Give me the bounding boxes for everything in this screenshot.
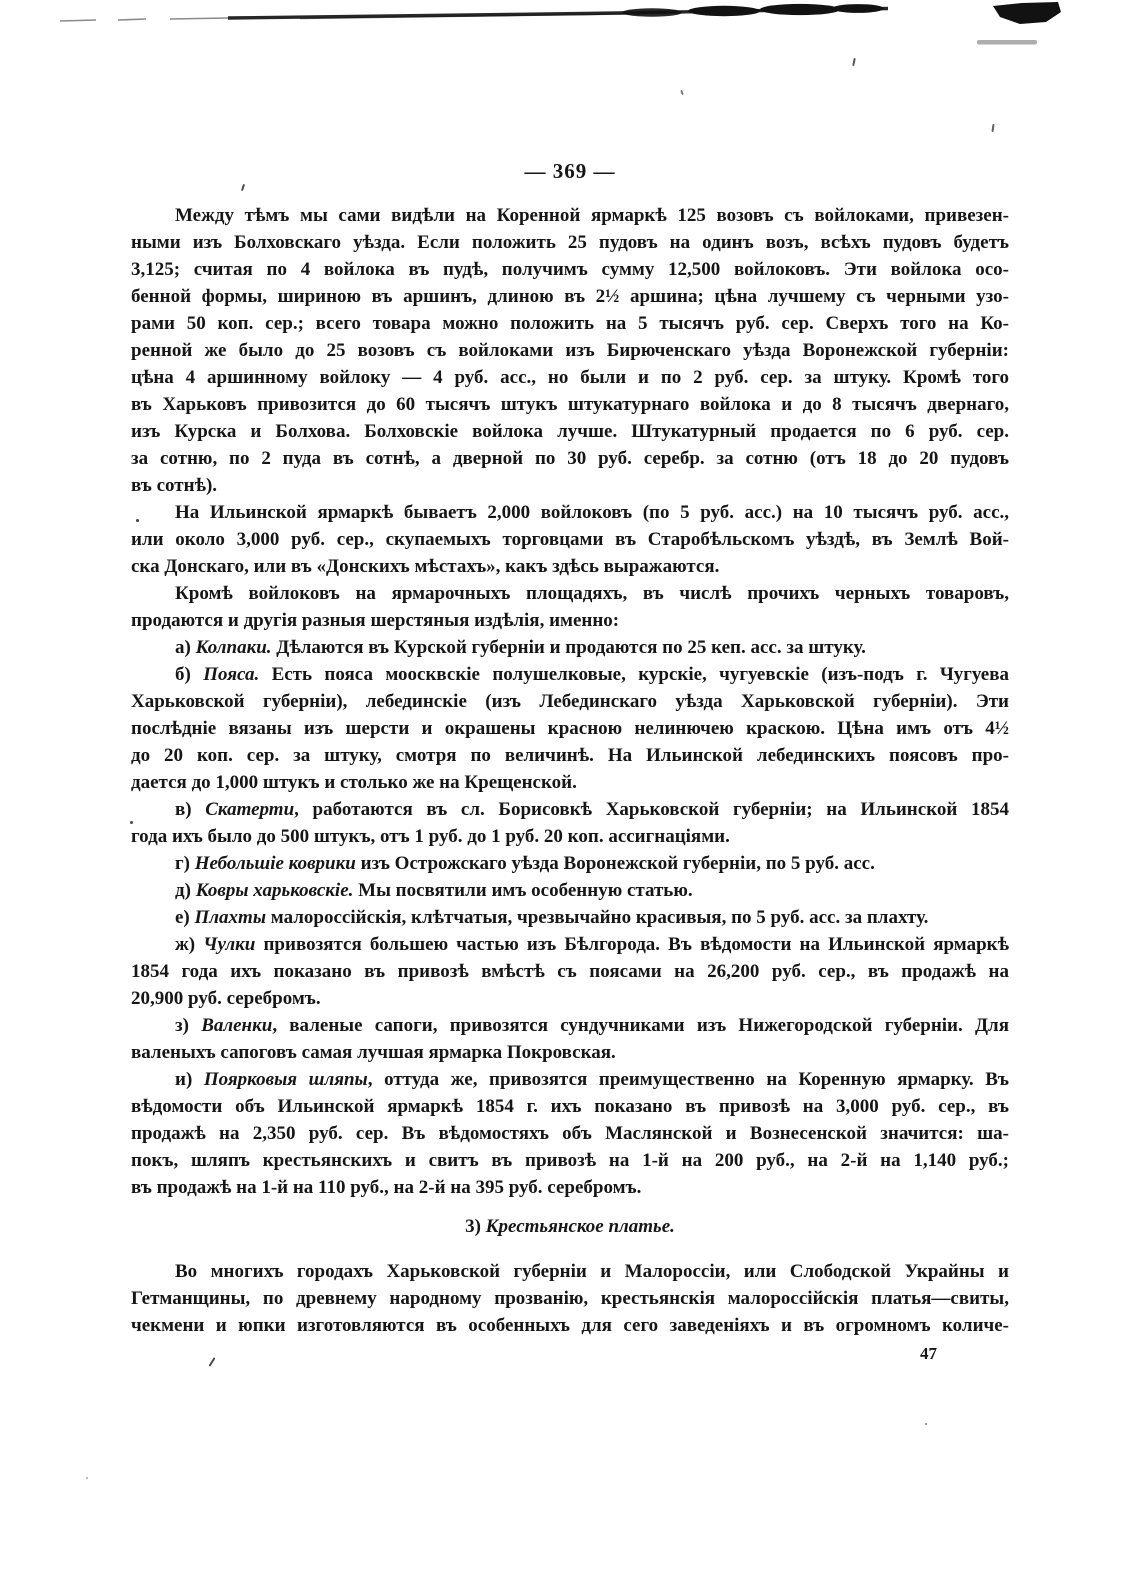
text-line: послѣдніе вязаны изъ шерсти и окрашены к… xyxy=(131,715,1009,742)
scan-speck xyxy=(680,90,684,95)
text-segment: Между тѣмъ мы сами видѣли на Коренной яр… xyxy=(175,205,1009,226)
text-segment: б) xyxy=(175,664,203,685)
text-segment: 1854 года ихъ показано въ привозѣ вмѣстѣ… xyxy=(131,961,1009,982)
text-line: ренной же было до 25 возовъ съ войлоками… xyxy=(131,337,1009,364)
paragraph: д) Ковры харьковскіе. Мы посвятили имъ о… xyxy=(131,877,1009,904)
text-line: до 20 коп. сер. за штуку, смотря по вели… xyxy=(131,742,1009,769)
text-line: 1854 года ихъ показано въ привозѣ вмѣстѣ… xyxy=(131,958,1009,985)
text-segment: послѣдніе вязаны изъ шерсти и окрашены к… xyxy=(131,718,1009,739)
text-line: Между тѣмъ мы сами видѣли на Коренной яр… xyxy=(131,202,1009,229)
text-line: е) Плахты малороссійскія, клѣтчатыя, чре… xyxy=(131,904,1009,931)
text-segment: Валенки xyxy=(201,1015,272,1036)
text-segment: Кромѣ войлоковъ на ярмарочныхъ площадяхъ… xyxy=(175,583,1009,604)
paragraph: г) Небольшіе коврики изъ Острожскаго уѣз… xyxy=(131,850,1009,877)
text-line: Во многихъ городахъ Харьковской губерніи… xyxy=(131,1258,1009,1285)
text-segment: Скатерти xyxy=(205,799,294,820)
text-line: ска Донскаго, или въ «Донскихъ мѣстахъ»,… xyxy=(131,553,1009,580)
text-line: продаются и другія разныя шерстяныя издѣ… xyxy=(131,607,1009,634)
text-line: въ продажѣ на 1-й на 110 руб., на 2-й на… xyxy=(131,1174,1009,1201)
text-line: въ Харьковъ привозится до 60 тысячъ штук… xyxy=(131,391,1009,418)
paragraph: и) Поярковыя шляпы, оттуда же, привозятс… xyxy=(131,1066,1009,1201)
text-segment: , оттуда же, привозятся преимущественно … xyxy=(368,1069,1009,1090)
text-line: вѣдомости объ Ильинской ярмаркѣ 1854 г. … xyxy=(131,1093,1009,1120)
text-line: дается до 1,000 штукъ и столько же на Кр… xyxy=(131,769,1009,796)
text-segment: Пояса. xyxy=(203,664,259,685)
scan-speck xyxy=(130,821,133,824)
text-segment: Колпаки. xyxy=(196,637,272,658)
text-segment: малороссійскія, клѣтчатыя, чрезвычайно к… xyxy=(266,907,928,928)
text-segment: Поярковыя шляпы xyxy=(204,1069,368,1090)
text-segment: Гетманщины, по древнему народному прозва… xyxy=(131,1288,1009,1309)
text-line: покъ, шляпъ крестьянскихъ и свитъ въ при… xyxy=(131,1147,1009,1174)
paragraph: Кромѣ войлоковъ на ярмарочныхъ площадяхъ… xyxy=(131,580,1009,634)
text-segment: 20,900 руб. серебромъ. xyxy=(131,988,321,1009)
text-segment: д) xyxy=(175,880,196,901)
text-segment: Плахты xyxy=(195,907,267,928)
scan-artifact-top-edge xyxy=(0,0,1140,64)
text-segment: в) xyxy=(175,799,205,820)
text-segment: валеныхъ сапоговъ самая лучшая ярмарка П… xyxy=(131,1042,616,1063)
page-number: — 369 — xyxy=(131,158,1009,185)
text-line: д) Ковры харьковскіе. Мы посвятили имъ о… xyxy=(131,877,1009,904)
text-line: въ сотнѣ). xyxy=(131,472,1009,499)
text-segment: въ сотнѣ). xyxy=(131,475,217,496)
text-segment: Крестьянское платье. xyxy=(486,1216,675,1237)
paragraph: е) Плахты малороссійскія, клѣтчатыя, чре… xyxy=(131,904,1009,931)
text-line: чекмени и юпки изготовляются въ особенны… xyxy=(131,1312,1009,1339)
text-segment: 3) xyxy=(465,1216,486,1237)
scan-speck xyxy=(86,1477,88,1479)
text-line: в) Скатерти, работаются въ сл. Борисовкѣ… xyxy=(131,796,1009,823)
text-line: з) Валенки, валеные сапоги, привозятся с… xyxy=(131,1012,1009,1039)
text-line: г) Небольшіе коврики изъ Острожскаго уѣз… xyxy=(131,850,1009,877)
text-segment: рами 50 коп. сер.; всего товара можно по… xyxy=(131,313,1009,334)
text-segment: чекмени и юпки изготовляются въ особенны… xyxy=(131,1315,1009,1336)
text-segment: привозятся большею частью изъ Бѣлгорода.… xyxy=(255,934,1009,955)
text-block: Между тѣмъ мы сами видѣли на Коренной яр… xyxy=(131,202,1009,1339)
text-segment: ска Донскаго, или въ «Донскихъ мѣстахъ»,… xyxy=(131,556,719,577)
scan-speck xyxy=(925,1423,927,1425)
text-segment: года ихъ было до 500 штукъ, отъ 1 руб. д… xyxy=(131,826,730,847)
paragraph: Во многихъ городахъ Харьковской губерніи… xyxy=(131,1258,1009,1339)
text-segment: ренной же было до 25 возовъ съ войлоками… xyxy=(131,340,1009,361)
text-line: ными изъ Болховскаго уѣзда. Если положит… xyxy=(131,229,1009,256)
text-line: Харьковской губерніи), лебединскіе (изъ … xyxy=(131,688,1009,715)
text-segment: или около 3,000 руб. сер., скупаемыхъ то… xyxy=(131,529,1009,550)
text-segment: Небольшіе коврики xyxy=(195,853,356,874)
paragraph: з) Валенки, валеные сапоги, привозятся с… xyxy=(131,1012,1009,1066)
scanned-book-page: — 369 — Между тѣмъ мы сами видѣли на Кор… xyxy=(0,0,1140,1589)
text-segment: изъ Острожскаго уѣзда Воронежской губерн… xyxy=(356,853,875,874)
text-line: Кромѣ войлоковъ на ярмарочныхъ площадяхъ… xyxy=(131,580,1009,607)
text-line: валеныхъ сапоговъ самая лучшая ярмарка П… xyxy=(131,1039,1009,1066)
text-segment: до 20 коп. сер. за штуку, смотря по вели… xyxy=(131,745,1009,766)
text-segment: ж) xyxy=(175,934,203,955)
text-line: б) Пояса. Есть пояса моосквскіе полушелк… xyxy=(131,661,1009,688)
text-line: изъ Курска и Болхова. Болховскіе войлока… xyxy=(131,418,1009,445)
text-segment: бенной формы, шириною въ аршинъ, длиною … xyxy=(131,286,1009,307)
text-line: цѣна 4 аршинному войлоку — 4 руб. асс., … xyxy=(131,364,1009,391)
text-segment: е) xyxy=(175,907,195,928)
text-segment: На Ильинской ярмаркѣ бываетъ 2,000 войло… xyxy=(175,502,1009,523)
text-line: за сотню, по 2 пуда въ сотнѣ, а дверной … xyxy=(131,445,1009,472)
text-line: На Ильинской ярмаркѣ бываетъ 2,000 войло… xyxy=(131,499,1009,526)
text-segment: Во многихъ городахъ Харьковской губерніи… xyxy=(175,1261,1009,1282)
text-line: Гетманщины, по древнему народному прозва… xyxy=(131,1285,1009,1312)
scan-speck xyxy=(136,519,139,522)
scan-speck xyxy=(991,124,994,132)
text-segment: вѣдомости объ Ильинской ярмаркѣ 1854 г. … xyxy=(131,1096,1009,1117)
text-segment: Мы посвятили имъ особенную статью. xyxy=(353,880,692,901)
paragraph: Между тѣмъ мы сами видѣли на Коренной яр… xyxy=(131,202,1009,499)
text-line: продажѣ на 2,350 руб. сер. Въ вѣдомостях… xyxy=(131,1120,1009,1147)
text-segment: покъ, шляпъ крестьянскихъ и свитъ въ при… xyxy=(131,1150,1009,1171)
text-segment: за сотню, по 2 пуда въ сотнѣ, а дверной … xyxy=(131,448,1009,469)
text-segment: ными изъ Болховскаго уѣзда. Если положит… xyxy=(131,232,1009,253)
text-segment: Чулки xyxy=(203,934,255,955)
section-heading: 3) Крестьянское платье. xyxy=(131,1213,1009,1240)
text-segment: , валеные сапоги, привозятся сундучникам… xyxy=(272,1015,1009,1036)
text-segment: Есть пояса моосквскіе полушелковые, курс… xyxy=(259,664,1009,685)
text-segment: въ продажѣ на 1-й на 110 руб., на 2-й на… xyxy=(131,1177,641,1198)
text-line: и) Поярковыя шляпы, оттуда же, привозятс… xyxy=(131,1066,1009,1093)
text-segment: дается до 1,000 штукъ и столько же на Кр… xyxy=(131,772,577,793)
text-segment: г) xyxy=(175,853,195,874)
paragraph: б) Пояса. Есть пояса моосквскіе полушелк… xyxy=(131,661,1009,796)
text-segment: Харьковской губерніи), лебединскіе (изъ … xyxy=(131,691,1009,712)
text-line: года ихъ было до 500 штукъ, отъ 1 руб. д… xyxy=(131,823,1009,850)
signature-number: 47 xyxy=(131,1344,1009,1364)
text-segment: и) xyxy=(175,1069,204,1090)
text-segment: продаются и другія разныя шерстяныя издѣ… xyxy=(131,610,619,631)
text-line: или около 3,000 руб. сер., скупаемыхъ то… xyxy=(131,526,1009,553)
paragraph: ж) Чулки привозятся большею частью изъ Б… xyxy=(131,931,1009,1012)
scan-speck xyxy=(241,184,245,191)
text-segment: 3,125; считая по 4 войлока въ пудѣ, полу… xyxy=(131,259,1009,280)
text-line: бенной формы, шириною въ аршинъ, длиною … xyxy=(131,283,1009,310)
text-segment: , работаются въ сл. Борисовкѣ Харьковско… xyxy=(294,799,1009,820)
text-segment: а) xyxy=(175,637,196,658)
text-line: ж) Чулки привозятся большею частью изъ Б… xyxy=(131,931,1009,958)
paragraph: а) Колпаки. Дѣлаются въ Курской губерніи… xyxy=(131,634,1009,661)
text-line: 20,900 руб. серебромъ. xyxy=(131,985,1009,1012)
text-segment: продажѣ на 2,350 руб. сер. Въ вѣдомостях… xyxy=(131,1123,1009,1144)
text-segment: Дѣлаются въ Курской губерніи и продаются… xyxy=(272,637,866,658)
text-line: рами 50 коп. сер.; всего товара можно по… xyxy=(131,310,1009,337)
text-line: 3,125; считая по 4 войлока въ пудѣ, полу… xyxy=(131,256,1009,283)
paragraph: в) Скатерти, работаются въ сл. Борисовкѣ… xyxy=(131,796,1009,850)
text-segment: изъ Курска и Болхова. Болховскіе войлока… xyxy=(131,421,1009,442)
text-segment: въ Харьковъ привозится до 60 тысячъ штук… xyxy=(131,394,1009,415)
text-segment: цѣна 4 аршинному войлоку — 4 руб. асс., … xyxy=(131,367,1009,388)
text-segment: Ковры харьковскіе. xyxy=(196,880,354,901)
text-line: а) Колпаки. Дѣлаются въ Курской губерніи… xyxy=(131,634,1009,661)
paragraph: На Ильинской ярмаркѣ бываетъ 2,000 войло… xyxy=(131,499,1009,580)
text-segment: з) xyxy=(175,1015,201,1036)
